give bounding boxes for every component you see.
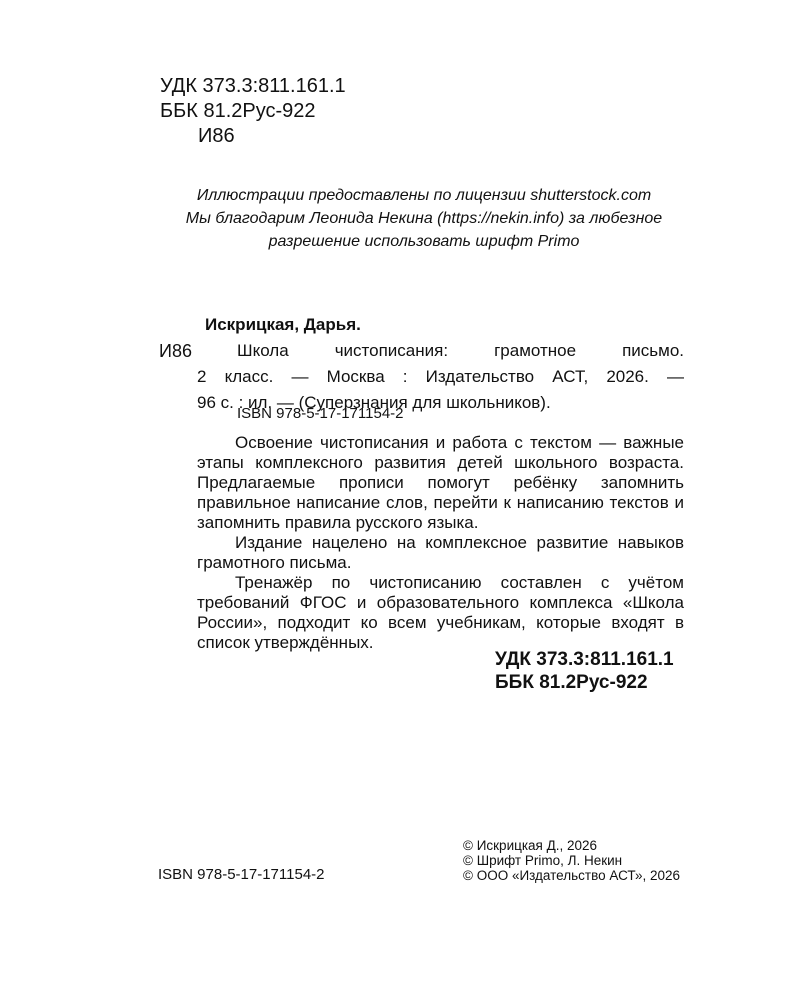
license-note-line: Иллюстрации предоставлены по лицензии sh… xyxy=(124,184,724,207)
card-author-sign: И86 xyxy=(159,338,192,364)
copyright-line: © ООО «Издательство АСТ», 2026 xyxy=(463,868,680,883)
copyright-line: © Шрифт Primo, Л. Некин xyxy=(463,853,680,868)
top-classification-codes: УДК 373.3:811.161.1 ББК 81.2Рус-922 И86 xyxy=(160,74,346,149)
card-title-line: 2 класс. — Москва : Издательство АСТ, 20… xyxy=(197,364,684,390)
author-sign: И86 xyxy=(160,124,346,149)
footer-isbn: ISBN 978-5-17-171154-2 xyxy=(158,866,325,884)
bbk-code-bold: ББК 81.2Рус-922 xyxy=(495,671,674,694)
annotation: Освоение чистописания и работа с текстом… xyxy=(197,433,684,653)
copyright-line: © Искрицкая Д., 2026 xyxy=(463,838,680,853)
card-author: Искрицкая, Дарья. xyxy=(205,312,684,338)
annotation-paragraph: Тренажёр по чистописанию составлен с учё… xyxy=(197,573,684,653)
bbk-code: ББК 81.2Рус-922 xyxy=(160,99,346,124)
bottom-classification-codes: УДК 373.3:811.161.1 ББК 81.2Рус-922 xyxy=(495,648,674,694)
license-note: Иллюстрации предоставлены по лицензии sh… xyxy=(124,184,724,253)
card-title-line: Школа чистописания: грамотное письмо. xyxy=(237,338,684,364)
license-note-line: разрешение использовать шрифт Primo xyxy=(124,230,724,253)
copyright-block: © Искрицкая Д., 2026 © Шрифт Primo, Л. Н… xyxy=(463,838,680,883)
udk-code-bold: УДК 373.3:811.161.1 xyxy=(495,648,674,671)
imprint-page: УДК 373.3:811.161.1 ББК 81.2Рус-922 И86 … xyxy=(0,0,800,1000)
card-isbn: ISBN 978-5-17-171154-2 xyxy=(237,404,404,424)
annotation-paragraph: Освоение чистописания и работа с текстом… xyxy=(197,433,684,533)
license-note-line: Мы благодарим Леонида Некина (https://ne… xyxy=(124,207,724,230)
udk-code: УДК 373.3:811.161.1 xyxy=(160,74,346,99)
annotation-paragraph: Издание нацелено на комплексное развитие… xyxy=(197,533,684,573)
catalog-card: И86 Искрицкая, Дарья. Школа чистописания… xyxy=(197,312,684,416)
